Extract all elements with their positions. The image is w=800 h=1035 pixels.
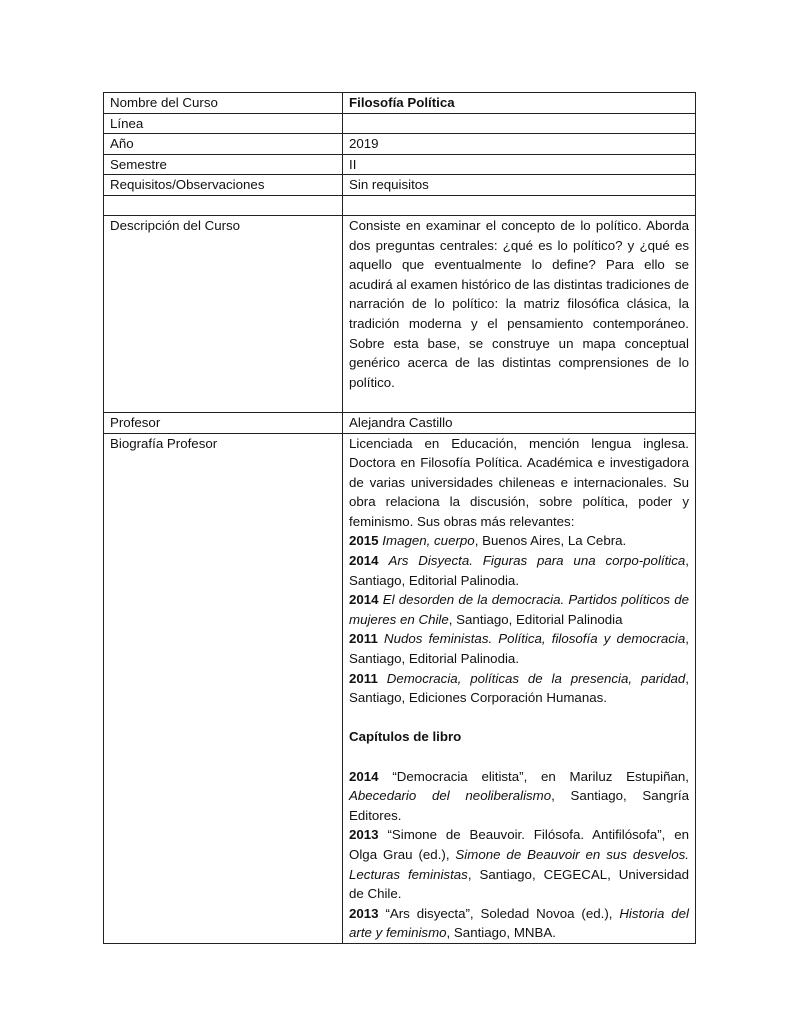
book-entry: 2014 Ars Disyecta. Figuras para una corp…: [349, 551, 689, 590]
chapters-heading: Capítulos de libro: [349, 727, 689, 747]
table-row-empty: [104, 195, 696, 215]
description-value: Consiste en examinar el concepto de lo p…: [343, 215, 696, 412]
book-entry: 2014 El desorden de la democracia. Parti…: [349, 590, 689, 629]
chapter-entry: 2014 “Democracia elitista”, en Mariluz E…: [349, 767, 689, 826]
chapter-entry: 2013 “Ars disyecta”, Soledad Novoa (ed.)…: [349, 904, 689, 943]
row-label: Línea: [104, 113, 343, 134]
book-entry: 2011 Nudos feministas. Política, filosof…: [349, 629, 689, 668]
course-name-value: Filosofía Política: [343, 93, 696, 114]
row-label: Requisitos/Observaciones: [104, 175, 343, 196]
row-label: [104, 195, 343, 215]
chapters-list: 2014 “Democracia elitista”, en Mariluz E…: [349, 767, 689, 943]
table-row: Línea: [104, 113, 696, 134]
row-value: [343, 113, 696, 134]
biography-intro: Licenciada en Educación, mención lengua …: [349, 434, 689, 532]
row-label: Biografía Profesor: [104, 433, 343, 943]
table-row: Semestre II: [104, 154, 696, 175]
row-value: Sin requisitos: [343, 175, 696, 196]
professor-row: Profesor Alejandra Castillo: [104, 412, 696, 433]
book-entry: 2011 Democracia, políticas de la presenc…: [349, 669, 689, 708]
row-value: [343, 195, 696, 215]
course-info-table: Nombre del Curso Filosofía Política Líne…: [103, 92, 696, 944]
biography-value: Licenciada en Educación, mención lengua …: [343, 433, 696, 943]
table-row: Año 2019: [104, 134, 696, 155]
row-label: Descripción del Curso: [104, 215, 343, 412]
chapter-entry: 2013 “Simone de Beauvoir. Filósofa. Anti…: [349, 825, 689, 903]
books-list: 2015 Imagen, cuerpo, Buenos Aires, La Ce…: [349, 531, 689, 707]
description-text: Consiste en examinar el concepto de lo p…: [349, 216, 689, 392]
description-row: Descripción del Curso Consiste en examin…: [104, 215, 696, 412]
professor-value: Alejandra Castillo: [343, 412, 696, 433]
row-label: Semestre: [104, 154, 343, 175]
biography-row: Biografía Profesor Licenciada en Educaci…: [104, 433, 696, 943]
book-entry: 2015 Imagen, cuerpo, Buenos Aires, La Ce…: [349, 531, 689, 551]
table-row: Nombre del Curso Filosofía Política: [104, 93, 696, 114]
row-value: 2019: [343, 134, 696, 155]
row-value: II: [343, 154, 696, 175]
row-label: Profesor: [104, 412, 343, 433]
table-row: Requisitos/Observaciones Sin requisitos: [104, 175, 696, 196]
row-label: Nombre del Curso: [104, 93, 343, 114]
row-label: Año: [104, 134, 343, 155]
